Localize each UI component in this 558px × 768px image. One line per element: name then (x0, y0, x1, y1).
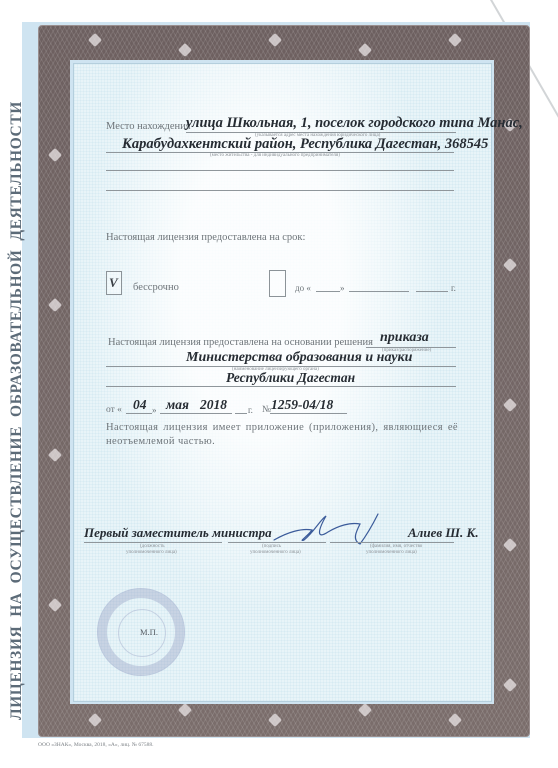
date-month: мая (166, 397, 189, 413)
appendix-note: Настоящая лицензия имеет приложение (при… (106, 421, 458, 449)
until-day-blank (316, 291, 340, 292)
authority-line1: Министерства образования и науки (186, 350, 412, 366)
indefinite-label: бессрочно (133, 282, 179, 293)
signatory-position: Первый заместитель министра (84, 525, 272, 541)
license-number-underline (270, 413, 347, 414)
position-hint-1: (должность (140, 544, 165, 549)
until-year-blank (416, 291, 448, 292)
decision-type: приказа (380, 330, 429, 346)
date-blank-underline (235, 413, 247, 414)
license-number: 1259-04/18 (271, 397, 333, 413)
name-underline (330, 542, 454, 543)
date-month-underline (160, 413, 232, 414)
position-hint-2: уполномоченного лица) (126, 550, 177, 555)
stamp-label: М.П. (140, 627, 158, 637)
indefinite-checkbox[interactable]: V (106, 271, 122, 295)
basis-heading: Настоящая лицензия предоставлена на осно… (108, 337, 373, 348)
location-line4-underline (106, 190, 454, 191)
authority-line2: Республики Дагестан (226, 370, 355, 386)
location-label: Место нахождения (106, 121, 191, 132)
side-title: ЛИЦЕНЗИЯ НА ОСУЩЕСТВЛЕНИЕ ОБРАЗОВАТЕЛЬНО… (8, 20, 26, 720)
name-hint-1: (фамилия, имя, отчество (370, 544, 422, 549)
location-line2-value: Карабудахкентский район, Республика Даге… (122, 136, 488, 153)
authority-line2-underline (106, 386, 456, 387)
until-year-suffix: г. (451, 283, 456, 293)
until-label: до « (295, 283, 311, 293)
name-hint-2: уполномоченного лица) (366, 550, 417, 555)
location-line2-hint: (место жительства - для индивидуального … (210, 153, 340, 158)
date-year-suffix: г. (248, 405, 253, 415)
location-line1-value: улица Школьная, 1, поселок городского ти… (186, 115, 523, 132)
signatory-name: Алиев Ш. К. (408, 525, 479, 541)
date-day: 04 (133, 397, 147, 413)
position-underline (84, 542, 222, 543)
date-day-underline (126, 413, 152, 414)
until-month-blank (349, 291, 409, 292)
date-day-close: » (152, 405, 157, 415)
until-mid: » (340, 283, 345, 293)
location-line3-underline (106, 170, 454, 171)
printer-footer: ООО «ЗНАК», Москва, 2018, «А», лиц. № 67… (38, 742, 153, 748)
term-heading: Настоящая лицензия предоставлена на срок… (106, 232, 305, 243)
date-prefix: от « (106, 405, 122, 415)
until-checkbox[interactable] (269, 270, 286, 297)
check-mark-icon: V (109, 275, 118, 291)
date-year: 2018 (200, 397, 227, 413)
